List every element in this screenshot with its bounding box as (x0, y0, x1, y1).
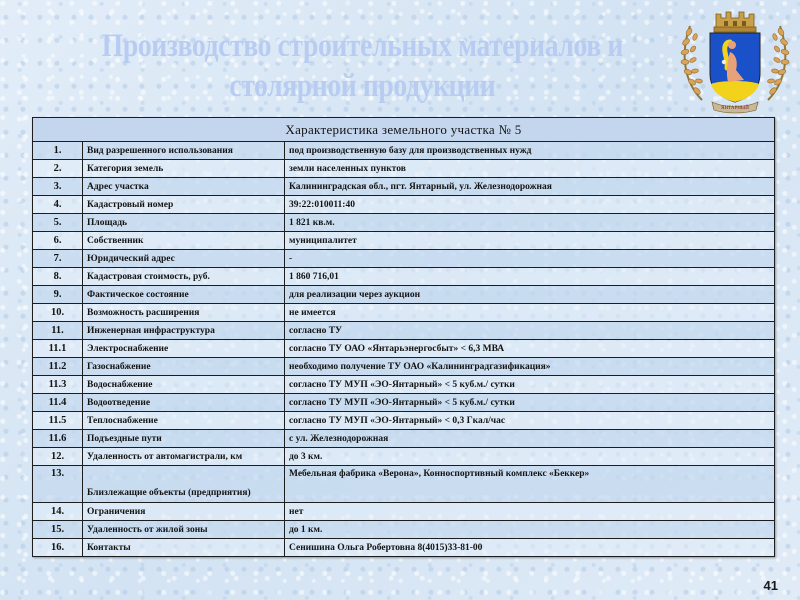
table-row: 11.1Электроснабжениесогласно ТУ ОАО «Янт… (33, 340, 775, 358)
row-number-cell: 11.3 (33, 376, 83, 394)
row-number-cell: 4. (33, 196, 83, 214)
row-number-cell: 3. (33, 178, 83, 196)
table-row: 6.Собственникмуниципалитет (33, 232, 775, 250)
row-label-cell: Кадастровая стоимость, руб. (83, 268, 285, 286)
row-label-cell: Подъездные пути (83, 430, 285, 448)
row-number-cell: 7. (33, 250, 83, 268)
table-row: 5.Площадь1 821 кв.м. (33, 214, 775, 232)
table-row: 11.Инженерная инфраструктурасогласно ТУ (33, 322, 775, 340)
table-row: 16.КонтактыСенишина Ольга Робертовна 8(4… (33, 539, 775, 557)
row-label-cell: Удаленность от автомагистрали, км (83, 448, 285, 466)
row-label-cell: Фактическое состояние (83, 286, 285, 304)
table-row: 1.Вид разрешенного использованияпод прои… (33, 142, 775, 160)
table-header: Характеристика земельного участка № 5 (33, 118, 775, 142)
slide-title-line-2: столярной продукции (60, 66, 665, 106)
row-value-cell: согласно ТУ МУП «ЭО-Янтарный» < 5 куб.м.… (285, 376, 775, 394)
row-label-cell: Площадь (83, 214, 285, 232)
row-value-cell: нет (285, 503, 775, 521)
row-number-cell: 13. (33, 466, 83, 503)
table-row: 13.Близлежащие объекты (предприятия)Мебе… (33, 466, 775, 503)
row-value-cell: до 3 км. (285, 448, 775, 466)
row-label-cell: Водоотведение (83, 394, 285, 412)
table-row: 11.6Подъездные путис ул. Железнодорожная (33, 430, 775, 448)
row-value-cell: согласно ТУ МУП «ЭО-Янтарный» < 0,3 Гкал… (285, 412, 775, 430)
row-value-cell: земли населенных пунктов (285, 160, 775, 178)
row-label-cell: Близлежащие объекты (предприятия) (83, 466, 285, 503)
row-label-cell: Водоснабжение (83, 376, 285, 394)
row-label-cell: Возможность расширения (83, 304, 285, 322)
row-value-cell: необходимо получение ТУ ОАО «Калининград… (285, 358, 775, 376)
row-number-cell: 11.2 (33, 358, 83, 376)
row-value-cell: 39:22:010011:40 (285, 196, 775, 214)
row-number-cell: 1. (33, 142, 83, 160)
slide-title: Производство строительных материалов и с… (60, 26, 665, 106)
row-number-cell: 6. (33, 232, 83, 250)
row-label-cell: Инженерная инфраструктура (83, 322, 285, 340)
row-label-cell: Газоснабжение (83, 358, 285, 376)
table-row: 12.Удаленность от автомагистрали, кмдо 3… (33, 448, 775, 466)
row-label-cell: Собственник (83, 232, 285, 250)
table-row: 15.Удаленность от жилой зоныдо 1 км. (33, 521, 775, 539)
row-value-cell: не имеется (285, 304, 775, 322)
row-label-cell: Категория земель (83, 160, 285, 178)
page-number: 41 (764, 578, 778, 593)
row-label-cell: Адрес участка (83, 178, 285, 196)
table-header-row: Характеристика земельного участка № 5 (33, 118, 775, 142)
row-number-cell: 11.6 (33, 430, 83, 448)
emblem-ribbon-text: ЯНТАРНЫЙ (721, 105, 749, 111)
row-value-cell: для реализации через аукцион (285, 286, 775, 304)
row-label-cell: Вид разрешенного использования (83, 142, 285, 160)
row-label-cell: Кадастровый номер (83, 196, 285, 214)
row-value-cell: под производственную базу для производст… (285, 142, 775, 160)
row-number-cell: 15. (33, 521, 83, 539)
row-label-cell: Ограничения (83, 503, 285, 521)
row-number-cell: 12. (33, 448, 83, 466)
row-value-cell: - (285, 250, 775, 268)
coat-of-arms-icon: ЯНТАРНЫЙ (672, 2, 798, 114)
row-value-cell: с ул. Железнодорожная (285, 430, 775, 448)
row-number-cell: 2. (33, 160, 83, 178)
table-row: 11.3Водоснабжениесогласно ТУ МУП «ЭО-Янт… (33, 376, 775, 394)
row-value-cell: 1 821 кв.м. (285, 214, 775, 232)
table-row: 8.Кадастровая стоимость, руб.1 860 716,0… (33, 268, 775, 286)
table-row: 10.Возможность расширенияне имеется (33, 304, 775, 322)
table-row: 7.Юридический адрес- (33, 250, 775, 268)
row-number-cell: 8. (33, 268, 83, 286)
table-row: 4.Кадастровый номер39:22:010011:40 (33, 196, 775, 214)
table-body: 1.Вид разрешенного использованияпод прои… (33, 142, 775, 557)
row-value-cell: согласно ТУ ОАО «Янтарьэнергосбыт» < 6,3… (285, 340, 775, 358)
row-value-cell: Мебельная фабрика «Верона», Конноспортив… (285, 466, 775, 503)
table-row: 11.5Теплоснабжениесогласно ТУ МУП «ЭО-Ян… (33, 412, 775, 430)
row-number-cell: 5. (33, 214, 83, 232)
slide-title-line-1: Производство строительных материалов и (102, 28, 623, 64)
row-value-cell: Сенишина Ольга Робертовна 8(4015)33-81-0… (285, 539, 775, 557)
row-number-cell: 11.1 (33, 340, 83, 358)
row-label-cell: Электроснабжение (83, 340, 285, 358)
table-row: 2.Категория земельземли населенных пункт… (33, 160, 775, 178)
table-row: 14.Ограничениянет (33, 503, 775, 521)
row-number-cell: 11.4 (33, 394, 83, 412)
table-row: 11.4Водоотведениесогласно ТУ МУП «ЭО-Янт… (33, 394, 775, 412)
row-number-cell: 11.5 (33, 412, 83, 430)
table-row: 9.Фактическое состояниедля реализации че… (33, 286, 775, 304)
row-number-cell: 11. (33, 322, 83, 340)
row-value-cell: согласно ТУ (285, 322, 775, 340)
row-label-cell: Контакты (83, 539, 285, 557)
row-value-cell: 1 860 716,01 (285, 268, 775, 286)
row-label-cell: Удаленность от жилой зоны (83, 521, 285, 539)
row-label-cell: Теплоснабжение (83, 412, 285, 430)
row-number-cell: 14. (33, 503, 83, 521)
row-label-cell: Юридический адрес (83, 250, 285, 268)
land-plot-characteristics-table: Характеристика земельного участка № 5 1.… (32, 117, 775, 557)
row-value-cell: Калининградская обл., пгт. Янтарный, ул.… (285, 178, 775, 196)
row-number-cell: 9. (33, 286, 83, 304)
row-number-cell: 10. (33, 304, 83, 322)
row-value-cell: согласно ТУ МУП «ЭО-Янтарный» < 5 куб.м.… (285, 394, 775, 412)
table-row: 3.Адрес участкаКалининградская обл., пгт… (33, 178, 775, 196)
table-row: 11.2Газоснабжениенеобходимо получение ТУ… (33, 358, 775, 376)
row-value-cell: до 1 км. (285, 521, 775, 539)
row-value-cell: муниципалитет (285, 232, 775, 250)
row-number-cell: 16. (33, 539, 83, 557)
